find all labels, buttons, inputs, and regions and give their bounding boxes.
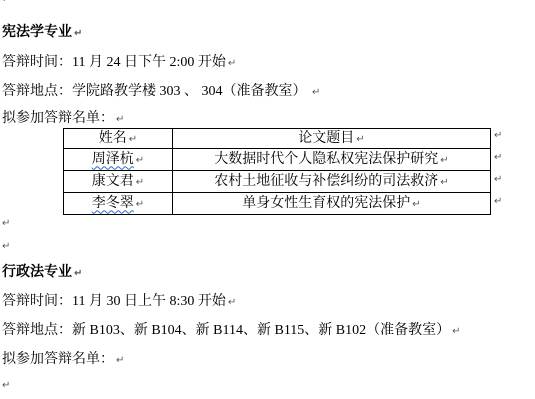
- title-cell: 大数据时代个人隐私权宪法保护研究↵: [173, 149, 491, 171]
- paragraph-mark: ↵: [2, 218, 10, 229]
- section2-time-line: 答辩时间：11 月 30 日上午 8:30 开始↵: [2, 294, 236, 311]
- cell-end-mark: ↵: [356, 134, 364, 145]
- thesis-title: 大数据时代个人隐私权宪法保护研究: [214, 152, 438, 167]
- cell-end-mark: ↵: [136, 177, 144, 188]
- paragraph-mark: ↵: [74, 28, 82, 39]
- section1-list-label-text: 拟参加答辩名单：: [2, 111, 114, 126]
- section1-list-label: 拟参加答辩名单：↵: [2, 111, 124, 128]
- section1-time-line: 答辩时间：11 月 24 日下午 2:00 开始↵: [2, 55, 236, 72]
- header-cell-title: 论文题目↵: [173, 129, 491, 149]
- section2-list-label: 拟参加答辩名单：↵: [2, 352, 124, 369]
- cell-end-mark: ↵: [136, 155, 144, 166]
- section2-list-label-text: 拟参加答辩名单：: [2, 352, 114, 367]
- thesis-title: 农村土地征收与补偿纠纷的司法救济: [214, 174, 438, 189]
- candidate-name: 周泽杭: [92, 152, 134, 167]
- cell-end-mark: ↵: [129, 134, 137, 145]
- row-end-mark: ↵: [494, 130, 502, 141]
- candidate-name: 康文君: [92, 174, 134, 189]
- paragraph-mark: ↵: [228, 297, 236, 308]
- section2-heading-text: 行政法专业: [2, 265, 72, 280]
- row-end-mark: ↵: [494, 152, 502, 163]
- paragraph-mark: ↵: [312, 87, 320, 98]
- paragraph-mark: ↵: [2, 380, 10, 391]
- paragraph-mark: ↵: [228, 58, 236, 69]
- table-row: 周泽杭↵ 大数据时代个人隐私权宪法保护研究↵: [64, 149, 491, 171]
- title-cell: 农村土地征收与补偿纠纷的司法救济↵: [173, 171, 491, 193]
- section1-location-line: 答辩地点：学院路教学楼 303 、 304（准备教室） ↵: [2, 84, 320, 101]
- header-cell-name: 姓名↵: [64, 129, 173, 149]
- cell-end-mark: ↵: [412, 199, 420, 210]
- name-cell: 周泽杭↵: [64, 149, 173, 171]
- name-cell: 康文君↵: [64, 171, 173, 193]
- thesis-title: 单身女性生育权的宪法保护: [242, 196, 410, 211]
- row-end-mark: ↵: [494, 196, 502, 207]
- word-document-page: ↵ 宪法学专业↵ 答辩时间：11 月 24 日下午 2:00 开始↵ 答辩地点：…: [0, 0, 535, 399]
- paragraph-mark: ↵: [2, 241, 10, 252]
- row-end-mark: ↵: [494, 174, 502, 185]
- title-cell: 单身女性生育权的宪法保护↵: [173, 193, 491, 215]
- cell-end-mark: ↵: [440, 155, 448, 166]
- name-cell: 李冬翠↵: [64, 193, 173, 215]
- paragraph-mark: ↵: [2, 0, 10, 5]
- section1-heading: 宪法学专业↵: [2, 25, 82, 42]
- section2-location-text: 答辩地点：新 B103、新 B104、新 B114、新 B115、新 B102（…: [2, 323, 450, 338]
- defense-candidates-table: 姓名↵ 论文题目↵ 周泽杭↵ 大数据时代个人隐私权宪法保护研究↵ 康文君↵ 农村…: [63, 128, 491, 215]
- header-title-label: 论文题目: [298, 131, 354, 146]
- table-header-row: 姓名↵ 论文题目↵: [64, 129, 491, 149]
- section2-heading: 行政法专业↵: [2, 265, 82, 282]
- paragraph-mark: ↵: [116, 355, 124, 366]
- paragraph-mark: ↵: [452, 326, 460, 337]
- section1-heading-text: 宪法学专业: [2, 25, 72, 40]
- section1-location-text: 答辩地点：学院路教学楼 303 、 304（准备教室）: [2, 84, 310, 99]
- cell-end-mark: ↵: [440, 177, 448, 188]
- header-name-label: 姓名: [99, 131, 127, 146]
- paragraph-mark: ↵: [74, 268, 82, 279]
- candidate-name: 李冬翠: [92, 196, 134, 211]
- section2-location-line: 答辩地点：新 B103、新 B104、新 B114、新 B115、新 B102（…: [2, 323, 461, 340]
- paragraph-mark: ↵: [116, 114, 124, 125]
- table-row: 康文君↵ 农村土地征收与补偿纠纷的司法救济↵: [64, 171, 491, 193]
- section1-time-text: 答辩时间：11 月 24 日下午 2:00 开始: [2, 55, 226, 70]
- table-row: 李冬翠↵ 单身女性生育权的宪法保护↵: [64, 193, 491, 215]
- cell-end-mark: ↵: [136, 199, 144, 210]
- section2-time-text: 答辩时间：11 月 30 日上午 8:30 开始: [2, 294, 226, 309]
